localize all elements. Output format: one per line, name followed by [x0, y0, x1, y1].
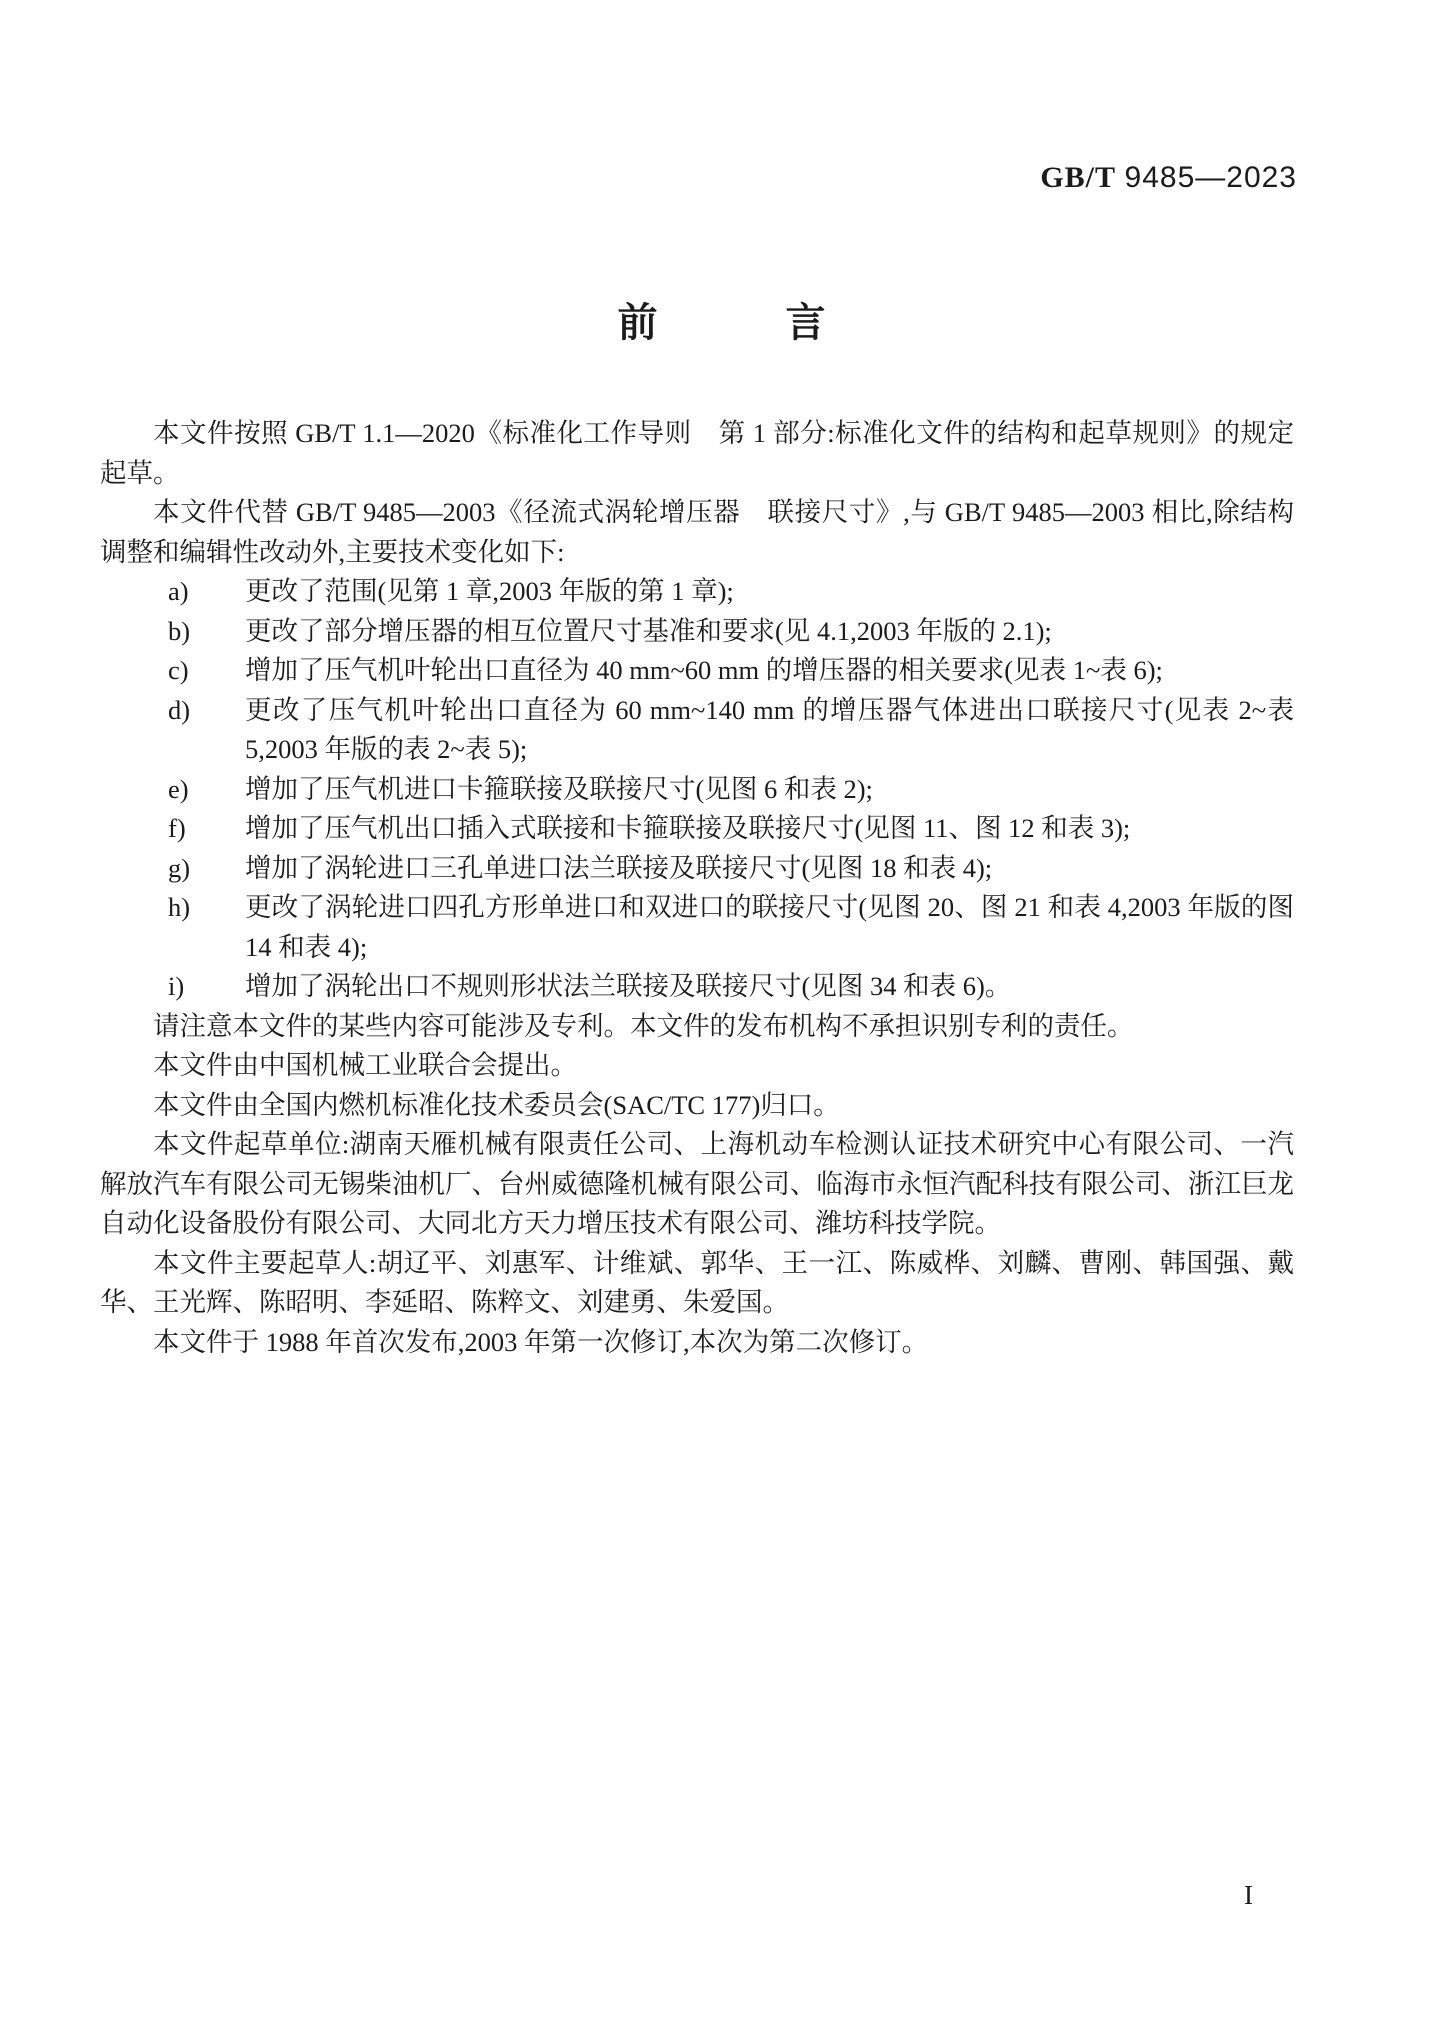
paragraph-proposer: 本文件由中国机械工业联合会提出。 — [100, 1046, 1294, 1086]
change-item-text: 更改了范围(见第 1 章,2003 年版的第 1 章); — [245, 576, 734, 606]
change-item-text: 增加了涡轮进口三孔单进口法兰联接及联接尺寸(见图 18 和表 4); — [245, 853, 992, 883]
change-item-label: i) — [168, 967, 184, 1007]
change-item-text: 更改了涡轮进口四孔方形单进口和双进口的联接尺寸(见图 20、图 21 和表 4,… — [245, 892, 1294, 962]
change-item-d: d) 更改了压气机叶轮出口直径为 60 mm~140 mm 的增压器气体进出口联… — [100, 691, 1294, 770]
page-title: 前 言 — [0, 300, 1445, 346]
change-item-label: e) — [168, 770, 189, 810]
change-item-e: e) 增加了压气机进口卡箍联接及联接尺寸(见图 6 和表 2); — [100, 770, 1294, 810]
page-number: I — [1244, 1880, 1253, 1911]
paragraph-replaces: 本文件代替 GB/T 9485—2003《径流式涡轮增压器 联接尺寸》,与 GB… — [100, 493, 1294, 572]
change-item-label: c) — [168, 651, 189, 691]
paragraph-drafting-organizations: 本文件起草单位:湖南天雁机械有限责任公司、上海机动车检测认证技术研究中心有限公司… — [100, 1125, 1294, 1244]
change-item-f: f) 增加了压气机出口插入式联接和卡箍联接及联接尺寸(见图 11、图 12 和表… — [100, 809, 1294, 849]
paragraph-drafters: 本文件主要起草人:胡辽平、刘惠军、计维斌、郭华、王一江、陈威桦、刘麟、曹刚、韩国… — [100, 1244, 1294, 1323]
change-item-label: b) — [168, 612, 190, 652]
change-item-h: h) 更改了涡轮进口四孔方形单进口和双进口的联接尺寸(见图 20、图 21 和表… — [100, 888, 1294, 967]
paragraph-drafting-rule: 本文件按照 GB/T 1.1—2020《标准化工作导则 第 1 部分:标准化文件… — [100, 414, 1294, 493]
change-item-label: d) — [168, 691, 190, 731]
change-item-b: b) 更改了部分增压器的相互位置尺寸基准和要求(见 4.1,2003 年版的 2… — [100, 612, 1294, 652]
change-item-g: g) 增加了涡轮进口三孔单进口法兰联接及联接尺寸(见图 18 和表 4); — [100, 849, 1294, 889]
paragraph-patent-notice: 请注意本文件的某些内容可能涉及专利。本文件的发布机构不承担识别专利的责任。 — [100, 1007, 1294, 1047]
paragraph-revision-history: 本文件于 1988 年首次发布,2003 年第一次修订,本次为第二次修订。 — [100, 1323, 1294, 1363]
standard-code-prefix: GB/T — [1040, 161, 1116, 194]
change-item-text: 增加了压气机出口插入式联接和卡箍联接及联接尺寸(见图 11、图 12 和表 3)… — [245, 813, 1130, 843]
standard-code: GB/T 9485—2023 — [1040, 161, 1297, 195]
standard-code-number: 9485—2023 — [1125, 161, 1297, 194]
change-item-label: h) — [168, 888, 190, 928]
change-item-text: 更改了压气机叶轮出口直径为 60 mm~140 mm 的增压器气体进出口联接尺寸… — [245, 695, 1294, 765]
paragraph-committee: 本文件由全国内燃机标准化技术委员会(SAC/TC 177)归口。 — [100, 1086, 1294, 1126]
foreword-body: 本文件按照 GB/T 1.1—2020《标准化工作导则 第 1 部分:标准化文件… — [100, 414, 1294, 1362]
change-item-label: a) — [168, 572, 189, 612]
change-item-label: g) — [168, 849, 190, 889]
change-item-text: 增加了压气机叶轮出口直径为 40 mm~60 mm 的增压器的相关要求(见表 1… — [245, 655, 1163, 685]
change-item-a: a) 更改了范围(见第 1 章,2003 年版的第 1 章); — [100, 572, 1294, 612]
change-item-label: f) — [168, 809, 186, 849]
change-item-text: 更改了部分增压器的相互位置尺寸基准和要求(见 4.1,2003 年版的 2.1)… — [245, 616, 1052, 646]
change-item-text: 增加了压气机进口卡箍联接及联接尺寸(见图 6 和表 2); — [245, 774, 873, 804]
document-page: GB/T 9485—2023 前 言 本文件按照 GB/T 1.1—2020《标… — [0, 0, 1445, 2044]
change-item-i: i) 增加了涡轮出口不规则形状法兰联接及联接尺寸(见图 34 和表 6)。 — [100, 967, 1294, 1007]
change-item-text: 增加了涡轮出口不规则形状法兰联接及联接尺寸(见图 34 和表 6)。 — [245, 971, 1011, 1001]
change-item-c: c) 增加了压气机叶轮出口直径为 40 mm~60 mm 的增压器的相关要求(见… — [100, 651, 1294, 691]
